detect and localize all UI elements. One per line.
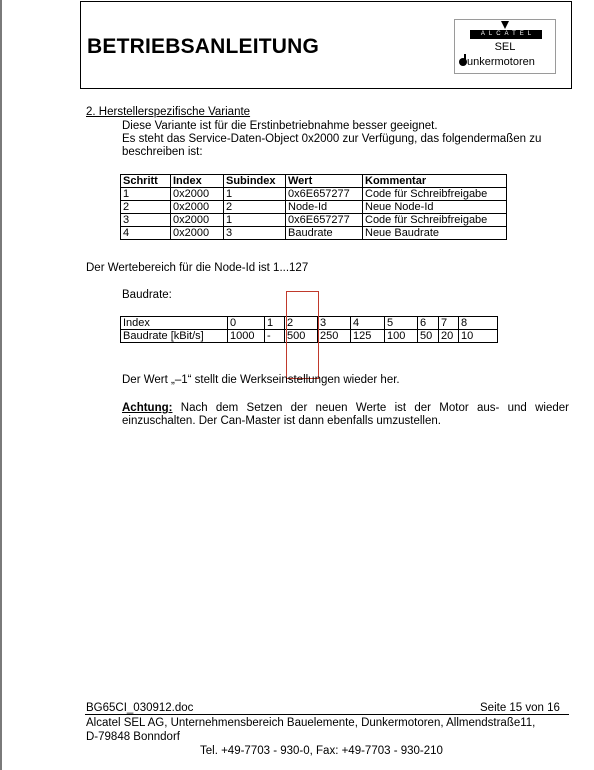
section-heading: 2. Herstellerspezifische Variante: [86, 106, 250, 119]
baud-value-cell: 250: [318, 330, 351, 343]
document-title: BETRIEBSANLEITUNG: [87, 35, 319, 59]
logo-sub: SEL: [455, 41, 555, 53]
node-range-text: Der Wertebereich für die Node-Id ist 1..…: [86, 262, 308, 275]
logo-triangle-icon: [501, 21, 509, 29]
baud-value-cell: 1000: [228, 330, 265, 343]
baud-value-cell: -: [265, 330, 285, 343]
baud-value-cell: 125: [351, 330, 385, 343]
table-row: 20x20002Node-IdNeue Node-Id: [121, 201, 507, 214]
table-cell: 0x2000: [171, 201, 224, 214]
table-cell: 1: [224, 188, 286, 201]
table-cell: 2: [121, 201, 171, 214]
baud-index-cell: 3: [318, 317, 351, 330]
table-row: 30x200010x6E657277Code für Schreibfreiga…: [121, 214, 507, 227]
page-left-edge: [0, 0, 2, 770]
logo-d-icon: [459, 58, 467, 66]
table-cell: Code für Schreibfreigabe: [363, 214, 507, 227]
table-row: Baudrate [kBit/s]1000-500250125100502010: [121, 330, 498, 343]
footer-address-line1: Alcatel SEL AG, Unternehmensbereich Baue…: [86, 717, 535, 730]
baud-index-cell: 5: [385, 317, 418, 330]
table-cell: 0x6E657277: [286, 188, 363, 201]
warning-line1: Achtung: Nach dem Setzen der neuen Werte…: [122, 402, 569, 415]
warning-label: Achtung:: [122, 402, 172, 414]
steps-table: SchrittIndexSubindexWertKommentar 10x200…: [120, 174, 507, 240]
table-cell: 2: [224, 201, 286, 214]
column-header: Schritt: [121, 175, 171, 188]
baud-index-cell: 8: [459, 317, 498, 330]
table-cell: 1: [121, 188, 171, 201]
table-row: 40x20003BaudrateNeue Baudrate: [121, 227, 507, 240]
table-cell: 0x6E657277: [286, 214, 363, 227]
table-cell: Neue Node-Id: [363, 201, 507, 214]
baud-value-cell: 10: [459, 330, 498, 343]
baudrate-table: Index012345678 Baudrate [kBit/s]1000-500…: [120, 316, 498, 343]
baud-value-cell: 50: [418, 330, 439, 343]
baud-index-cell: 0: [228, 317, 265, 330]
column-header: Wert: [286, 175, 363, 188]
baud-index-cell: 4: [351, 317, 385, 330]
table-cell: Code für Schreibfreigabe: [363, 188, 507, 201]
logo-brand: ALCATEL: [470, 30, 542, 39]
table-cell: 0x2000: [171, 188, 224, 201]
company-logo: ALCATEL SEL unkermotoren: [454, 19, 556, 74]
table-cell: 1: [224, 214, 286, 227]
table-row: Index012345678: [121, 317, 498, 330]
section-text-line1: Diese Variante ist für die Erstinbetrieb…: [122, 120, 438, 133]
footer-address-line2: D-79848 Bonndorf: [86, 731, 180, 744]
table-cell: Baudrate: [286, 227, 363, 240]
warning-line2: einzuschalten. Der Can-Master ist dann e…: [122, 415, 441, 428]
document-header: BETRIEBSANLEITUNG ALCATEL SEL unkermotor…: [80, 1, 572, 89]
baud-value-cell: 100: [385, 330, 418, 343]
table-cell: 0x2000: [171, 214, 224, 227]
baud-index-cell: 7: [439, 317, 459, 330]
baud-value-cell: 500: [285, 330, 318, 343]
row-label: Index: [121, 317, 228, 330]
table-header-row: SchrittIndexSubindexWertKommentar: [121, 175, 507, 188]
table-row: 10x200010x6E657277Code für Schreibfreiga…: [121, 188, 507, 201]
logo-company: unkermotoren: [459, 55, 535, 69]
footer-divider: [85, 714, 569, 715]
reset-note: Der Wert „–1“ stellt die Werkseinstellun…: [122, 374, 400, 387]
baud-index-cell: 1: [265, 317, 285, 330]
baud-index-cell: 6: [418, 317, 439, 330]
baud-index-cell: 2: [285, 317, 318, 330]
footer-contact: Tel. +49-7703 - 930-0, Fax: +49-7703 - 9…: [200, 745, 443, 758]
table-cell: Neue Baudrate: [363, 227, 507, 240]
table-cell: 3: [121, 214, 171, 227]
section-text-line2: Es steht das Service-Daten-Object 0x2000…: [122, 133, 541, 146]
baud-value-cell: 20: [439, 330, 459, 343]
baudrate-label: Baudrate:: [122, 289, 172, 302]
column-header: Subindex: [224, 175, 286, 188]
table-cell: 4: [121, 227, 171, 240]
table-cell: 3: [224, 227, 286, 240]
column-header: Index: [171, 175, 224, 188]
row-label: Baudrate [kBit/s]: [121, 330, 228, 343]
table-cell: Node-Id: [286, 201, 363, 214]
section-text-line3: beschreiben ist:: [122, 146, 203, 159]
column-header: Kommentar: [363, 175, 507, 188]
table-cell: 0x2000: [171, 227, 224, 240]
